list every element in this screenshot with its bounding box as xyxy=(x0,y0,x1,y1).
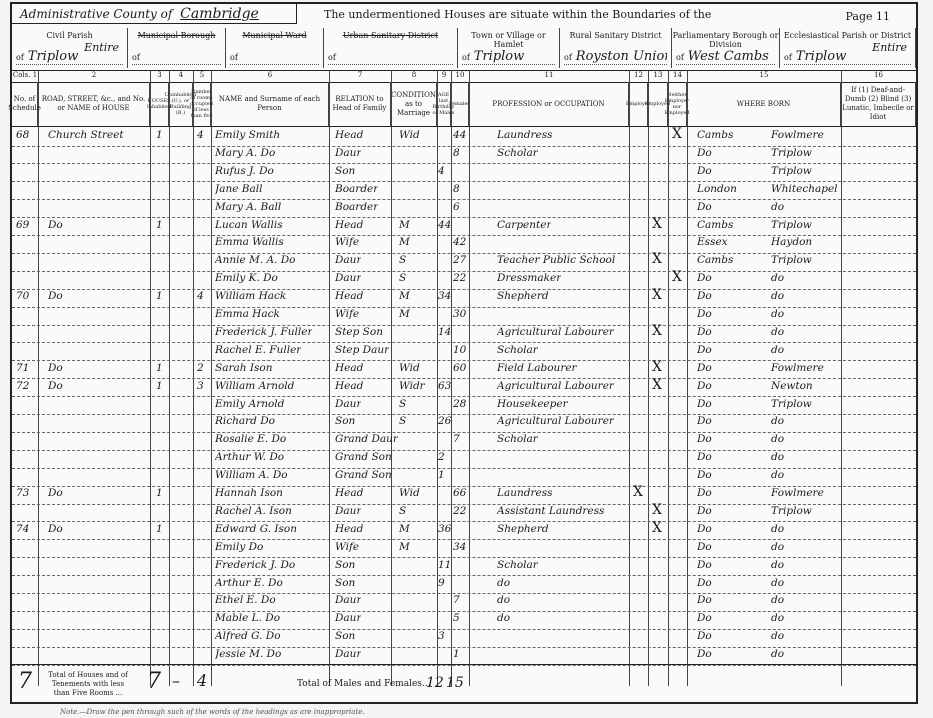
cell-born-place: do xyxy=(771,541,784,553)
cell-name: Rosalie E. Do xyxy=(215,433,286,445)
totals-row: 7 Total of Houses and of Tenements with … xyxy=(12,664,916,705)
cell-name: Emma Wallis xyxy=(215,236,284,248)
cell-born-place: do xyxy=(771,272,784,284)
cell-male: 2 xyxy=(438,451,445,463)
district-value-text: Triplow xyxy=(796,49,846,64)
cell-name: Jessie M. Do xyxy=(215,648,281,660)
cell-born-county: Do xyxy=(697,523,712,535)
cell-born-place: do xyxy=(771,630,784,642)
cell-schedule: 71 xyxy=(16,362,29,374)
cell-inhab: 1 xyxy=(156,290,163,302)
total-inhabited: 7 xyxy=(147,669,161,694)
cell-name: Edward G. Ison xyxy=(215,523,297,535)
county-box: Administrative County of Cambridge xyxy=(12,4,297,24)
table-row: Jessie M. DoDaur1Dodo xyxy=(12,645,916,666)
cell-male: 4 xyxy=(438,165,445,177)
cell-born-county: Do xyxy=(697,415,712,427)
cell-relation: Head xyxy=(335,487,363,499)
district-label: Urban Sanitary District xyxy=(324,31,457,40)
cell-inhab: 1 xyxy=(156,380,163,392)
district-field: Parliamentary Borough or DivisionofWest … xyxy=(672,28,780,68)
cell-born-county: Do xyxy=(697,326,712,338)
cell-relation: Son xyxy=(335,165,355,177)
cell-occupation: Teacher Public School xyxy=(497,254,615,266)
district-field: Municipal Wardof xyxy=(226,28,324,68)
cell-road: Do xyxy=(48,219,63,231)
cell-name: Ethel E. Do xyxy=(215,594,276,606)
cell-relation: Daur xyxy=(335,147,361,159)
cell-born-place: do xyxy=(771,469,784,481)
cell-name: Mable L. Do xyxy=(215,612,280,624)
cell-occupation: Agricultural Labourer xyxy=(497,415,614,427)
column-number: Cols. 1 xyxy=(12,71,38,79)
cell-born-county: Cambs xyxy=(697,219,733,231)
column-header: PROFESSION or OCCUPATION xyxy=(469,82,629,126)
cell-occupation: Field Labourer xyxy=(497,362,577,374)
district-value: of xyxy=(328,49,453,65)
page-header: Administrative County of Cambridge The u… xyxy=(12,4,916,71)
cell-condition: M xyxy=(399,219,410,231)
intro-text: The undermentioned Houses are situate wi… xyxy=(324,8,711,21)
cell-born-county: Essex xyxy=(697,236,728,248)
cell-occupation: Housekeeper xyxy=(497,398,568,410)
cell-name: Richard Do xyxy=(215,415,275,427)
district-field: Rural Sanitary DistrictofRoyston Union xyxy=(560,28,672,68)
cell-female: 30 xyxy=(453,308,466,320)
cell-condition: Widr xyxy=(399,380,425,392)
cell-inhab: 1 xyxy=(156,219,163,231)
cell-born-county: Do xyxy=(697,344,712,356)
cell-employer: X xyxy=(633,484,643,500)
cell-schedule: 68 xyxy=(16,129,29,141)
cell-born-county: Do xyxy=(697,487,712,499)
cell-relation: Grand Son xyxy=(335,469,392,481)
cell-born-place: Triplow xyxy=(771,165,812,177)
cell-relation: Head xyxy=(335,129,363,141)
cell-born-county: Do xyxy=(697,594,712,606)
cell-name: Emily Arnold xyxy=(215,398,284,410)
column-number: 13 xyxy=(648,71,668,79)
cell-female: 8 xyxy=(453,147,460,159)
column-number: 16 xyxy=(841,71,916,79)
district-field: Urban Sanitary Districtof xyxy=(324,28,458,68)
cell-inhab: 1 xyxy=(156,129,163,141)
cell-condition: S xyxy=(399,272,406,284)
total-uninhabited: – xyxy=(172,671,180,690)
cell-born-county: Do xyxy=(697,505,712,517)
cell-born-county: Do xyxy=(697,559,712,571)
cell-occupation: do xyxy=(497,594,510,606)
cell-condition: S xyxy=(399,415,406,427)
of-label: of xyxy=(564,53,572,62)
cell-born-county: Do xyxy=(697,362,712,374)
total-persons-label: Total of Males and Females... xyxy=(297,679,431,689)
column-number: 15 xyxy=(687,71,841,79)
cell-relation: Son xyxy=(335,630,355,642)
cell-name: William Hack xyxy=(215,290,286,302)
cell-name: Emily Do xyxy=(215,541,263,553)
cell-schedule: 69 xyxy=(16,219,29,231)
cell-born-place: do xyxy=(771,433,784,445)
cell-occupation: Dressmaker xyxy=(497,272,561,284)
page-number: Page 11 xyxy=(845,10,890,23)
cell-neither: X xyxy=(672,126,682,142)
cell-condition: S xyxy=(399,398,406,410)
total-rooms: 4 xyxy=(197,671,207,690)
cell-born-place: do xyxy=(771,326,784,338)
cell-male: 36 xyxy=(438,523,451,535)
cell-name: Emily K. Do xyxy=(215,272,278,284)
cell-born-place: do xyxy=(771,648,784,660)
district-value-text: Royston Union xyxy=(576,49,667,64)
cell-male: 14 xyxy=(438,326,451,338)
column-number: 3 xyxy=(150,71,169,79)
cell-born-place: do xyxy=(771,523,784,535)
cell-relation: Son xyxy=(335,559,355,571)
cell-female: 1 xyxy=(453,648,460,660)
column-headers: No. of ScheduleROAD, STREET, &c., and No… xyxy=(12,82,916,127)
cell-road: Do xyxy=(48,487,63,499)
cell-born-place: Fowlmere xyxy=(771,362,824,374)
cell-born-place: do xyxy=(771,559,784,571)
cell-schedule: 73 xyxy=(16,487,29,499)
column-number: 11 xyxy=(469,71,629,79)
cell-occupation: do xyxy=(497,577,510,589)
cell-name: Emily Smith xyxy=(215,129,280,141)
cell-female: 7 xyxy=(453,433,460,445)
cell-schedule: 72 xyxy=(16,380,29,392)
cell-male: 63 xyxy=(438,380,451,392)
cell-condition: Wid xyxy=(399,487,420,499)
cell-female: 22 xyxy=(453,505,466,517)
cell-inhab: 1 xyxy=(156,487,163,499)
cell-occupation: Shepherd xyxy=(497,290,549,302)
of-label: of xyxy=(16,53,24,62)
cell-born-county: Do xyxy=(697,165,712,177)
column-number: 5 xyxy=(193,71,211,79)
cell-rooms: 2 xyxy=(197,362,204,374)
cell-occupation: Scholar xyxy=(497,147,538,159)
cell-employed: X xyxy=(652,323,662,339)
cell-employed: X xyxy=(652,520,662,536)
cell-female: 42 xyxy=(453,236,466,248)
cell-born-place: do xyxy=(771,594,784,606)
cell-female: 28 xyxy=(453,398,466,410)
cell-born-place: Whitechapel xyxy=(771,183,838,195)
cell-name: Frederick J. Do xyxy=(215,559,295,571)
cell-female: 66 xyxy=(453,487,466,499)
cell-born-county: Cambs xyxy=(697,129,733,141)
cell-born-place: do xyxy=(771,577,784,589)
cell-occupation: Assistant Laundress xyxy=(497,505,604,517)
cell-condition: M xyxy=(399,308,410,320)
cell-road: Do xyxy=(48,290,63,302)
cell-relation: Wife xyxy=(335,541,359,553)
cell-born-place: do xyxy=(771,201,784,213)
cell-relation: Daur xyxy=(335,272,361,284)
cell-born-place: Triplow xyxy=(771,219,812,231)
cell-male: 11 xyxy=(438,559,451,571)
cell-relation: Step Son xyxy=(335,326,383,338)
cell-male: 44 xyxy=(438,219,451,231)
cell-occupation: Shepherd xyxy=(497,523,549,535)
cell-name: Sarah Ison xyxy=(215,362,272,374)
cell-relation: Boarder xyxy=(335,183,378,195)
of-label: of xyxy=(132,53,140,62)
cell-name: Emma Hack xyxy=(215,308,280,320)
cell-rooms: 3 xyxy=(197,380,204,392)
column-header: No. of Schedule xyxy=(12,82,38,126)
cell-condition: M xyxy=(399,523,410,535)
cell-occupation: Agricultural Labourer xyxy=(497,380,614,392)
cell-male: 3 xyxy=(438,630,445,642)
cell-relation: Grand Daur xyxy=(335,433,398,445)
cell-born-county: Do xyxy=(697,398,712,410)
county-label: Administrative County of xyxy=(20,7,172,21)
cell-born-place: Triplow xyxy=(771,254,812,266)
cell-male: 1 xyxy=(438,469,445,481)
cell-occupation: Agricultural Labourer xyxy=(497,326,614,338)
column-number: 7 xyxy=(329,71,391,79)
cell-name: Jane Ball xyxy=(215,183,262,195)
district-field: Civil ParishofTriplowEntire xyxy=(12,28,128,68)
district-value: ofRoyston Union xyxy=(564,49,667,65)
of-label: of xyxy=(784,53,792,62)
cell-name: Mary A. Ball xyxy=(215,201,281,213)
cell-born-place: Fowlmere xyxy=(771,129,824,141)
column-number: 9 xyxy=(437,71,451,79)
cell-male: 34 xyxy=(438,290,451,302)
cell-occupation: Scholar xyxy=(497,344,538,356)
cell-name: Lucan Wallis xyxy=(215,219,283,231)
column-header: Females xyxy=(451,82,469,126)
cell-born-county: Do xyxy=(697,630,712,642)
cell-road: Do xyxy=(48,380,63,392)
cell-occupation: Scholar xyxy=(497,433,538,445)
cell-relation: Head xyxy=(335,523,363,535)
cell-name: Hannah Ison xyxy=(215,487,283,499)
census-page: Administrative County of Cambridge The u… xyxy=(10,2,918,704)
district-label: Municipal Ward xyxy=(226,31,323,40)
cell-relation: Head xyxy=(335,219,363,231)
cell-schedule: 70 xyxy=(16,290,29,302)
cell-employed: X xyxy=(652,377,662,393)
total-schedules: 7 xyxy=(18,669,32,694)
cell-rooms: 4 xyxy=(197,290,204,302)
district-value: of xyxy=(230,49,319,65)
cell-employed: X xyxy=(652,287,662,303)
cell-born-place: Newton xyxy=(771,380,813,392)
cell-neither: X xyxy=(672,269,682,285)
cell-relation: Daur xyxy=(335,594,361,606)
cell-female: 22 xyxy=(453,272,466,284)
cell-female: 6 xyxy=(453,201,460,213)
cell-born-county: Cambs xyxy=(697,254,733,266)
district-label: Municipal Borough xyxy=(128,31,225,40)
cell-born-county: Do xyxy=(697,433,712,445)
of-label: of xyxy=(676,53,684,62)
column-header: NAME and Surname of each Person xyxy=(211,82,329,126)
cell-condition: S xyxy=(399,254,406,266)
cell-male: 26 xyxy=(438,415,451,427)
cell-relation: Head xyxy=(335,290,363,302)
cell-occupation: do xyxy=(497,612,510,624)
cell-born-place: Triplow xyxy=(771,505,812,517)
cell-name: Arthur E. Do xyxy=(215,577,283,589)
cell-condition: M xyxy=(399,541,410,553)
cell-employed: X xyxy=(652,359,662,375)
district-value-text: Triplow xyxy=(28,49,78,64)
of-label: of xyxy=(328,53,336,62)
total-houses-label: Total of Houses and of Tenements with le… xyxy=(48,671,128,698)
district-field: Town or Village or HamletofTriplow xyxy=(458,28,560,68)
cell-name: Rachel A. Ison xyxy=(215,505,292,517)
column-header: WHERE BORN xyxy=(687,82,841,126)
cell-employed: X xyxy=(652,216,662,232)
cell-relation: Son xyxy=(335,415,355,427)
cell-female: 7 xyxy=(453,594,460,606)
cell-relation: Daur xyxy=(335,505,361,517)
cell-name: Alfred G. Do xyxy=(215,630,281,642)
column-header: RELATION to Head of Family xyxy=(329,82,391,126)
cell-born-county: London xyxy=(697,183,737,195)
column-header: ROAD, STREET, &c., and No. or NAME of HO… xyxy=(38,82,150,126)
cell-condition: M xyxy=(399,236,410,248)
total-males: 12 xyxy=(426,675,444,691)
cell-condition: M xyxy=(399,290,410,302)
cell-born-county: Do xyxy=(697,380,712,392)
cell-name: Annie M. A. Do xyxy=(215,254,295,266)
cell-born-county: Do xyxy=(697,469,712,481)
cell-born-county: Do xyxy=(697,201,712,213)
cell-road: Church Street xyxy=(48,129,124,141)
cell-relation: Daur xyxy=(335,648,361,660)
cell-born-place: do xyxy=(771,344,784,356)
district-label: Parliamentary Borough or Division xyxy=(672,31,779,49)
cell-female: 34 xyxy=(453,541,466,553)
cell-employed: X xyxy=(652,251,662,267)
cell-relation: Wife xyxy=(335,308,359,320)
cell-male: 9 xyxy=(438,577,445,589)
cell-relation: Daur xyxy=(335,398,361,410)
district-value-text: Triplow xyxy=(474,49,524,64)
cell-born-county: Do xyxy=(697,290,712,302)
district-field: Ecclesiastical Parish or DistrictofTripl… xyxy=(780,28,916,68)
district-label: Ecclesiastical Parish or District xyxy=(780,31,915,40)
cell-schedule: 74 xyxy=(16,523,29,535)
district-note: Entire xyxy=(84,41,119,54)
cell-occupation: Laundress xyxy=(497,129,553,141)
cell-born-place: Fowlmere xyxy=(771,487,824,499)
cell-condition: Wid xyxy=(399,362,420,374)
cell-female: 44 xyxy=(453,129,466,141)
cell-occupation: Laundress xyxy=(497,487,553,499)
district-value: ofWest Cambs xyxy=(676,49,775,65)
cell-born-county: Do xyxy=(697,272,712,284)
cell-born-county: Do xyxy=(697,648,712,660)
cell-born-place: do xyxy=(771,451,784,463)
district-label: Rural Sanitary District xyxy=(560,31,671,40)
cell-born-county: Do xyxy=(697,577,712,589)
cell-born-place: do xyxy=(771,290,784,302)
cell-born-county: Do xyxy=(697,612,712,624)
district-label: Civil Parish xyxy=(12,31,127,40)
cell-condition: Wid xyxy=(399,129,420,141)
cell-female: 5 xyxy=(453,612,460,624)
cell-name: Rachel E. Fuller xyxy=(215,344,301,356)
column-header: If (1) Deaf-and-Dumb (2) Blind (3) Lunat… xyxy=(841,82,916,126)
county-value: Cambridge xyxy=(180,6,259,22)
cell-born-county: Do xyxy=(697,451,712,463)
cell-inhab: 1 xyxy=(156,523,163,535)
column-number: 14 xyxy=(668,71,687,79)
footnote: Note.—Draw the pen through such of the w… xyxy=(60,708,365,716)
of-label: of xyxy=(462,53,470,62)
cell-relation: Son xyxy=(335,577,355,589)
cell-relation: Daur xyxy=(335,612,361,624)
column-number: 12 xyxy=(629,71,648,79)
cell-female: 10 xyxy=(453,344,466,356)
cell-female: 27 xyxy=(453,254,466,266)
cell-born-place: Triplow xyxy=(771,147,812,159)
column-header: Number of rooms occupied if less than fi… xyxy=(193,82,211,126)
cell-born-place: do xyxy=(771,612,784,624)
cell-inhab: 1 xyxy=(156,362,163,374)
cell-born-county: Do xyxy=(697,147,712,159)
district-value-text: West Cambs xyxy=(688,49,769,64)
of-label: of xyxy=(230,53,238,62)
cell-relation: Head xyxy=(335,362,363,374)
district-value: of xyxy=(132,49,221,65)
cell-employed: X xyxy=(652,502,662,518)
cell-name: Frederick J. Fuller xyxy=(215,326,312,338)
district-value: ofTriplow xyxy=(462,49,555,65)
cell-name: William Arnold xyxy=(215,380,294,392)
district-note: Entire xyxy=(872,41,907,54)
district-field: Municipal Boroughof xyxy=(128,28,226,68)
cell-name: Arthur W. Do xyxy=(215,451,284,463)
cell-female: 8 xyxy=(453,183,460,195)
cell-born-county: Do xyxy=(697,541,712,553)
cell-name: Mary A. Do xyxy=(215,147,275,159)
cell-born-place: Triplow xyxy=(771,398,812,410)
cell-road: Do xyxy=(48,362,63,374)
cell-born-place: Haydon xyxy=(771,236,812,248)
cell-road: Do xyxy=(48,523,63,535)
cell-relation: Wife xyxy=(335,236,359,248)
cell-relation: Head xyxy=(335,380,363,392)
total-females: 15 xyxy=(446,675,464,691)
cell-relation: Step Daur xyxy=(335,344,389,356)
district-label: Town or Village or Hamlet xyxy=(458,31,559,49)
cell-born-place: do xyxy=(771,308,784,320)
column-number: 2 xyxy=(38,71,150,79)
column-header: Neither Employer nor Employed xyxy=(668,82,687,126)
cell-born-county: Do xyxy=(697,308,712,320)
cell-rooms: 4 xyxy=(197,129,204,141)
column-number: 4 xyxy=(169,71,193,79)
column-number: 6 xyxy=(211,71,329,79)
cell-name: William A. Do xyxy=(215,469,288,481)
column-number: 8 xyxy=(391,71,437,79)
cell-relation: Grand Son xyxy=(335,451,392,463)
cell-occupation: Carpenter xyxy=(497,219,551,231)
cell-occupation: Scholar xyxy=(497,559,538,571)
cell-female: 60 xyxy=(453,362,466,374)
cell-condition: S xyxy=(399,505,406,517)
cell-born-place: do xyxy=(771,415,784,427)
column-number: 10 xyxy=(451,71,469,79)
